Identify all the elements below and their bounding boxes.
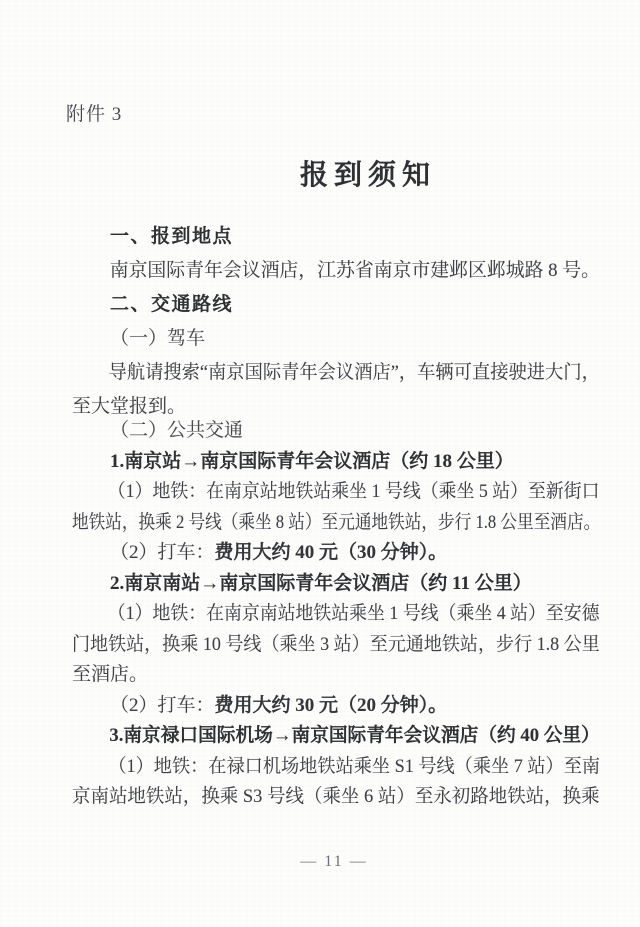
section-report-location-and-driving: 一、报到地点 南京国际青年会议酒店，江苏省南京市建邺区邺城路 8 号。 二、交通… xyxy=(72,220,600,424)
route1-taxi-line: （2）打车：费用大约 40 元（30 分钟）。 xyxy=(72,538,600,569)
route2-title: 2.南京南站→南京国际青年会议酒店（约 11 公里） xyxy=(72,569,600,600)
route1-metro-line1: （1）地铁：在南京站地铁站乘坐 1 号线（乘坐 5 站）至新街口 xyxy=(72,477,569,508)
route2-metro-line3: 至酒店。 xyxy=(72,660,600,691)
route2-metro-line2: 门地铁站，换乘 10 号线（乘坐 3 站）至元通地铁站，步行 1.8 公里 xyxy=(72,630,573,661)
route1-taxi-label: （2）打车： xyxy=(110,542,215,563)
route1-metro-line2: 地铁站，换乘 2 号线（乘坐 8 站）至元通地铁站，步行 1.8 公里至酒店。 xyxy=(72,508,534,539)
page-number: — 11 — xyxy=(28,853,640,871)
route3-metro-line2: 京南站地铁站，换乘 S3 号线（乘坐 6 站）至永初路地铁站，换乘 xyxy=(72,782,585,813)
document-body: 一、报到地点 南京国际青年会议酒店，江苏省南京市建邺区邺城路 8 号。 二、交通… xyxy=(72,220,600,813)
report-location-address: 南京国际青年会议酒店，江苏省南京市建邺区邺城路 8 号。 xyxy=(72,254,596,288)
heading-report-location: 一、报到地点 xyxy=(72,220,600,254)
route2-taxi-label: （2）打车： xyxy=(110,695,215,716)
route1-title: 1.南京站→南京国际青年会议酒店（约 18 公里） xyxy=(72,447,600,478)
document-title: 报到须知 xyxy=(96,157,640,195)
route3-title: 3.南京禄口国际机场→南京国际青年会议酒店（约 40 公里） xyxy=(72,721,591,752)
route2-taxi-line: （2）打车：费用大约 30 元（20 分钟）。 xyxy=(72,691,600,722)
subheading-driving: （一）驾车 xyxy=(72,322,600,356)
route3-metro-line1: （1）地铁：在禄口机场地铁站乘坐 S1 号线（乘坐 7 站）至南 xyxy=(72,752,577,783)
route2-metro-line1: （1）地铁：在南京南站地铁站乘坐 1 号线（乘坐 4 站）至安德 xyxy=(72,599,569,630)
route1-taxi-detail: 费用大约 40 元（30 分钟）。 xyxy=(215,542,448,563)
subheading-public-transport: （二）公共交通 xyxy=(72,416,600,447)
driving-instructions-line1: 导航请搜索“南京国际青年会议酒店”，车辆可直接驶进大门， xyxy=(72,356,580,390)
heading-traffic-routes: 二、交通路线 xyxy=(72,288,600,322)
attachment-label: 附件 3 xyxy=(66,103,122,127)
route2-taxi-detail: 费用大约 30 元（20 分钟）。 xyxy=(215,695,448,716)
scanned-document-page: 附件 3 报到须知 一、报到地点 南京国际青年会议酒店，江苏省南京市建邺区邺城路… xyxy=(0,0,640,927)
section-public-transport: （二）公共交通 1.南京站→南京国际青年会议酒店（约 18 公里） （1）地铁：… xyxy=(72,416,600,813)
